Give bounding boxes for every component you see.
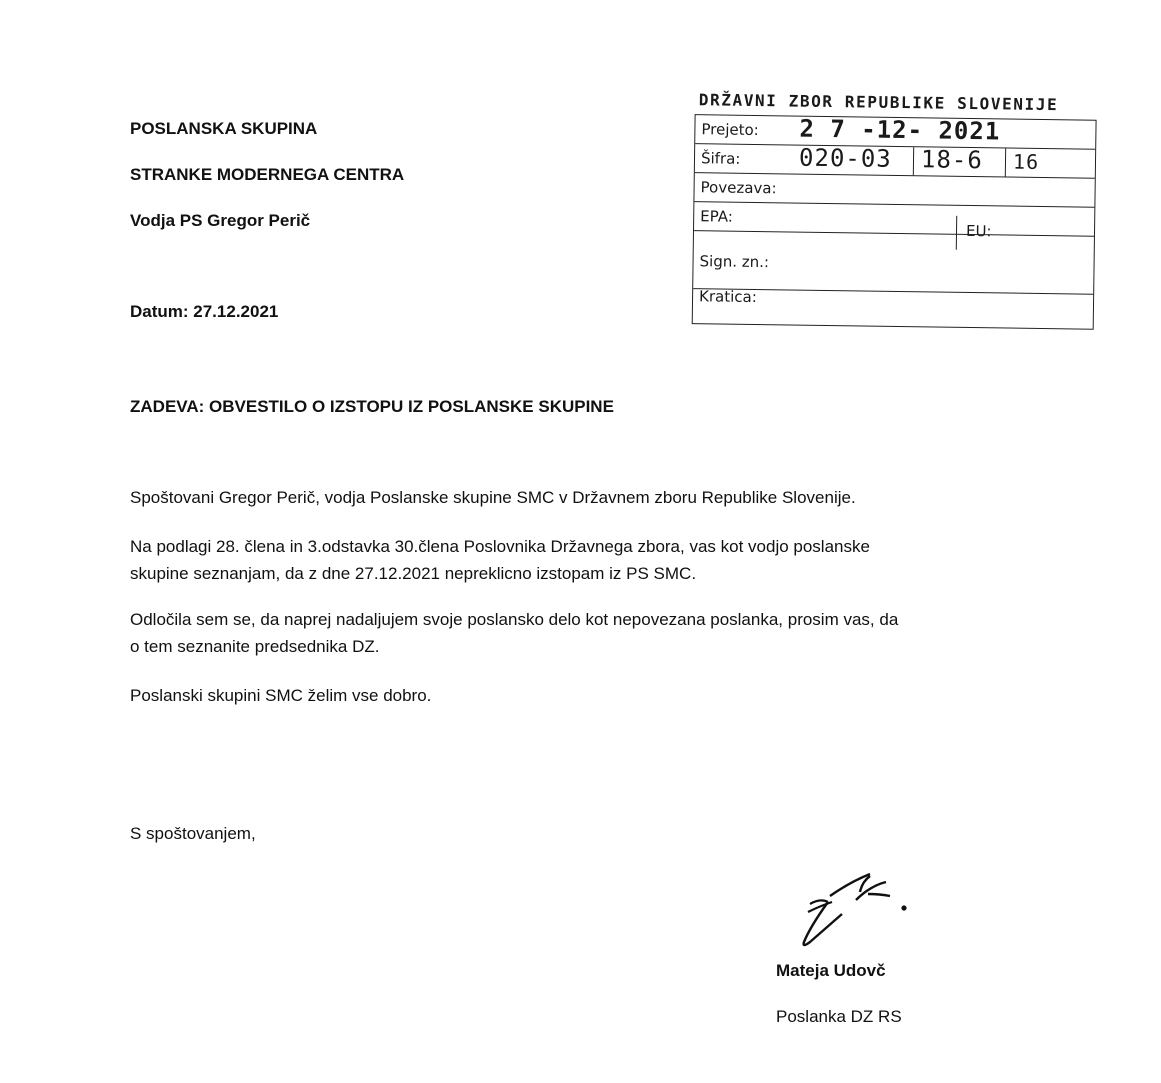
sifra-label: Šifra: xyxy=(701,149,741,168)
stamp-box: Prejeto: 2 7 -12- 2021 Šifra: 020-03 18-… xyxy=(692,114,1097,330)
sign-label: Sign. zn.: xyxy=(699,252,769,271)
paragraph-2: Na podlagi 28. člena in 3.odstavka 30.čl… xyxy=(130,533,1070,587)
prejeto-value: 2 7 -12- 2021 xyxy=(799,115,1000,146)
paragraph-3-line-1: Odločila sem se, da naprej nadaljujem sv… xyxy=(130,606,1070,633)
signatory-name: Mateja Udovč xyxy=(776,961,886,981)
kratica-label: Kratica: xyxy=(699,287,757,306)
paragraph-2-line-2: skupine seznanjam, da z dne 27.12.2021 n… xyxy=(130,560,1070,587)
sender-line-1: POSLANSKA SKUPINA xyxy=(130,119,317,139)
paragraph-3-line-2: o tem seznanite predsednika DZ. xyxy=(130,633,1070,660)
stamp-row-kratica: Kratica: xyxy=(693,289,1093,324)
receipt-stamp: DRŽAVNI ZBOR REPUBLIKE SLOVENIJE Prejeto… xyxy=(682,88,1105,334)
paragraph-2-line-1: Na podlagi 28. člena in 3.odstavka 30.čl… xyxy=(130,533,1070,560)
paragraph-1: Spoštovani Gregor Perič, vodja Poslanske… xyxy=(130,484,1070,511)
sender-line-3: Vodja PS Gregor Perič xyxy=(130,211,310,231)
signatory-title: Poslanka DZ RS xyxy=(776,1007,902,1027)
paragraph-4: Poslanski skupini SMC želim vse dobro. xyxy=(130,682,1070,709)
sifra-divider-2 xyxy=(1005,148,1006,176)
sifra-part-1: 020-03 xyxy=(799,144,892,173)
date-line: Datum: 27.12.2021 xyxy=(130,302,278,322)
paragraph-3: Odločila sem se, da naprej nadaljujem sv… xyxy=(130,606,1070,660)
prejeto-label: Prejeto: xyxy=(701,120,759,139)
closing-salutation: S spoštovanjem, xyxy=(130,820,256,847)
sifra-part-2: 18-6 xyxy=(921,145,983,174)
sifra-part-3: 16 xyxy=(1013,150,1039,174)
stamp-title: DRŽAVNI ZBOR REPUBLIKE SLOVENIJE xyxy=(699,90,1059,114)
epa-label: EPA: xyxy=(700,207,733,225)
sifra-divider-1 xyxy=(913,147,914,175)
handwritten-signature xyxy=(790,872,930,957)
povezava-label: Povezava: xyxy=(700,178,776,197)
sender-line-2: STRANKE MODERNEGA CENTRA xyxy=(130,165,404,185)
subject-line: ZADEVA: OBVESTILO O IZSTOPU IZ POSLANSKE… xyxy=(130,397,614,417)
